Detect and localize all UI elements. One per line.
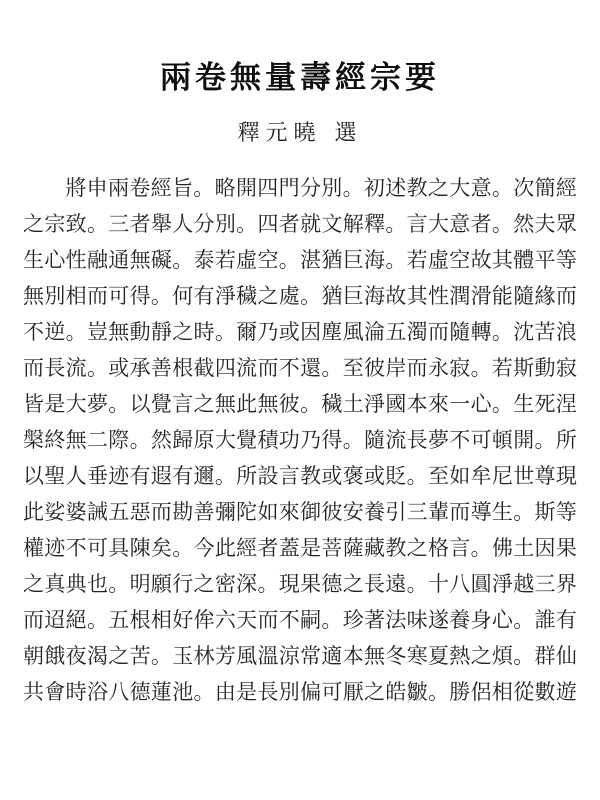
text-line: 之真典也。明願行之密深。現果德之長遠。十八圓淨越三界 [23,566,577,602]
text-line: 而迢絕。五根相好侔六天而不嗣。珍著法味遂養身心。誰有 [23,602,577,638]
text-line: 之宗致。三者舉人分別。四者就文解釋。言大意者。然夫眾 [23,206,577,242]
text-line: 共會時浴八德蓮池。由是長別偏可厭之皓皺。勝侶相從數遊 [23,674,577,710]
text-line: 朝餓夜渴之苦。玉林芳風溫涼常適本無冬寒夏熱之煩。群仙 [23,638,577,674]
text-line: 以聖人垂迹有遐有邇。所設言教或褒或貶。至如牟尼世尊現 [23,458,577,494]
text-line: 權迹不可具陳矣。今此經者蓋是菩薩藏教之格言。佛土因果 [23,530,577,566]
page-title: 兩卷無量壽經宗要 [0,0,600,96]
document-page: 兩卷無量壽經宗要 釋元曉 選 將申兩卷經旨。略開四門分別。初述教之大意。次簡經之… [0,0,600,800]
text-line: 不逆。豈無動靜之時。爾乃或因塵風淪五濁而隨轉。沈苦浪 [23,314,577,350]
text-line: 此娑婆誡五惡而勘善彌陀如來御彼安養引三輩而導生。斯等 [23,494,577,530]
text-line: 槃終無二際。然歸原大覺積功乃得。隨流長夢不可頓開。所 [23,422,577,458]
text-line: 將申兩卷經旨。略開四門分別。初述教之大意。次簡經 [23,170,577,206]
text-line: 而長流。或承善根截四流而不還。至彼岸而永寂。若斯動寂 [23,350,577,386]
text-line: 生心性融通無礙。泰若虛空。湛猶巨海。若虛空故其體平等 [23,242,577,278]
byline: 釋元曉 選 [0,96,600,146]
body-paragraph: 將申兩卷經旨。略開四門分別。初述教之大意。次簡經之宗致。三者舉人分別。四者就文解… [23,170,577,710]
text-line: 皆是大夢。以覺言之無此無彼。穢土淨國本來一心。生死涅 [23,386,577,422]
text-line: 無別相而可得。何有淨穢之處。猶巨海故其性潤滑能隨緣而 [23,278,577,314]
